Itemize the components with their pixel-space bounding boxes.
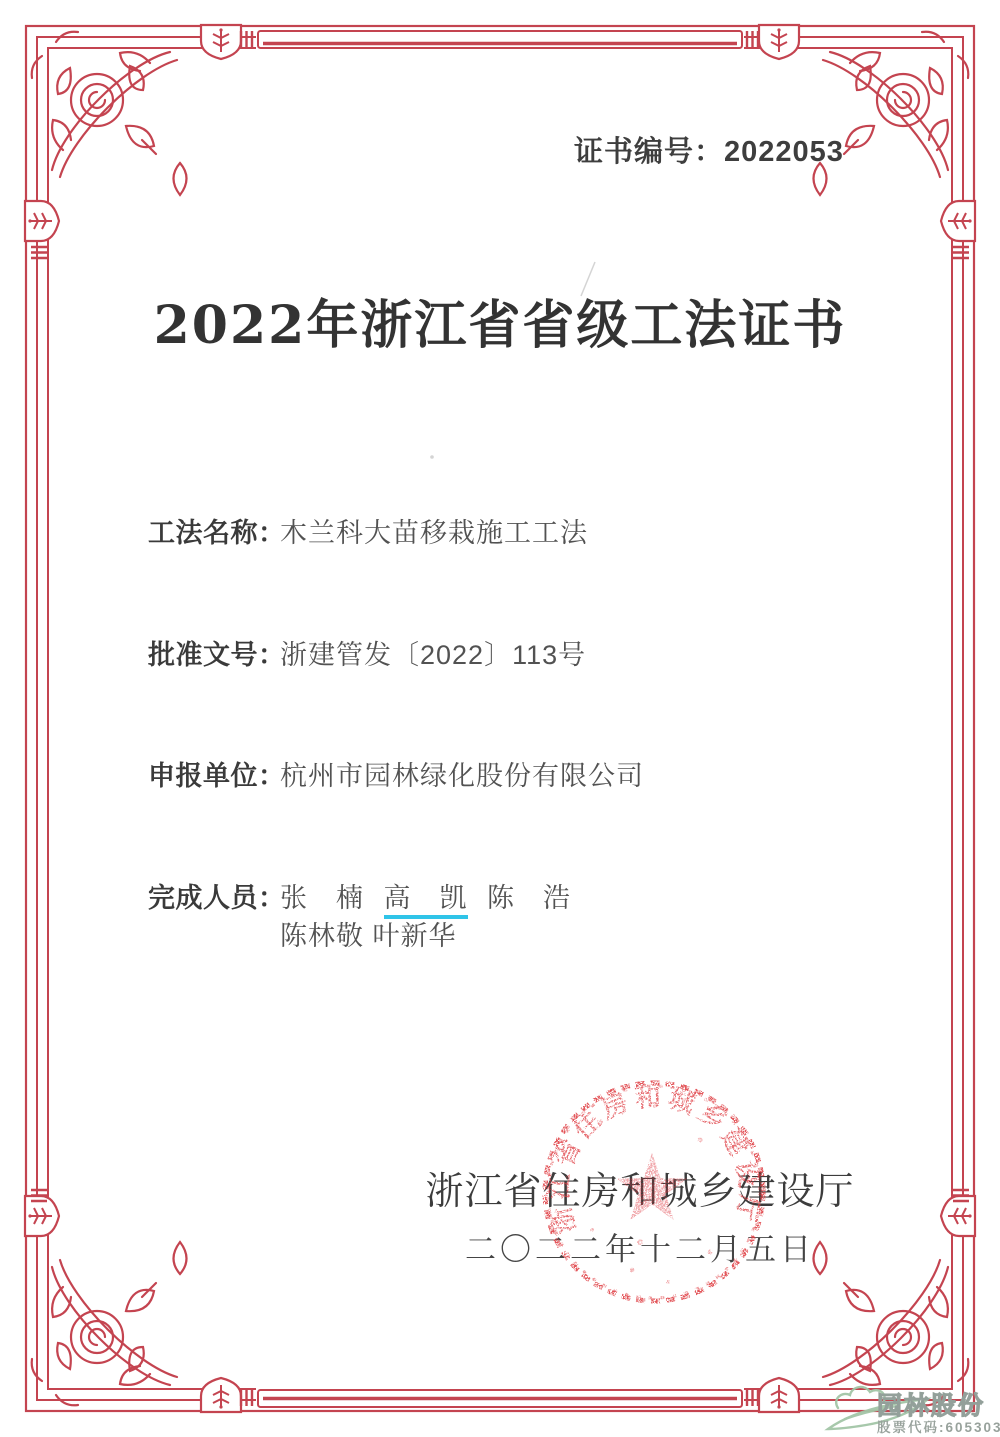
field-label-approval-number: 批准文号： — [148, 633, 286, 672]
watermark-stock-code: 股票代码:605303 — [877, 1416, 1000, 1436]
field-value-method-name: 木兰科大苗移栽施工工法 — [280, 511, 588, 550]
company-watermark-graphics — [0, 0, 1000, 1437]
shield-ornament-icon — [201, 25, 241, 59]
bottom-capsule-eraser — [256, 1382, 744, 1408]
field-value-approval-number: 浙建管发〔2022〕113号 — [280, 633, 586, 672]
corner-floral-ornament-icon — [32, 1242, 187, 1405]
issuer-name: 浙江省住房和城乡建设厅 — [290, 1160, 990, 1215]
personnel-names-line1: 张 楠 高 凯 陈 浩 — [280, 876, 583, 915]
official-seal-stamp: 浙江省住房和城乡建设厅 — [0, 0, 1000, 1437]
personnel-names-line2: 陈林敬 叶新华 — [280, 914, 457, 953]
shield-ornament-icon — [25, 1196, 59, 1236]
issue-date: 二〇二二年十二月五日 — [290, 1224, 990, 1269]
shield-ornament-icon — [941, 201, 975, 241]
corner-floral-ornament-icon — [814, 32, 969, 195]
field-label-personnel: 完成人员： — [148, 876, 286, 915]
corner-floral-ornament-icon — [32, 32, 187, 195]
personnel-name: 陈 浩 — [487, 883, 571, 913]
page-title: 2022年浙江省省级工法证书 — [0, 283, 1000, 358]
shield-ornament-icon — [759, 1378, 799, 1412]
field-label-method-name: 工法名称： — [148, 511, 286, 550]
scan-artifact — [430, 455, 434, 459]
shield-ornament-icon — [25, 201, 59, 241]
personnel-name: 张 楠 — [280, 883, 364, 913]
ornate-border-frame — [0, 0, 1000, 1437]
field-value-applicant-unit: 杭州市园林绿化股份有限公司 — [280, 754, 644, 793]
shield-ornament-icon — [201, 1378, 241, 1412]
certificate-page: 证书编号：2022053 2022年浙江省省级工法证书 工法名称： 木兰科大苗移… — [0, 0, 1000, 1437]
top-capsule-eraser — [256, 29, 744, 55]
shield-ornament-icon — [759, 25, 799, 59]
field-label-applicant-unit: 申报单位： — [148, 754, 286, 793]
certificate-number: 证书编号：2022053 — [574, 129, 844, 170]
